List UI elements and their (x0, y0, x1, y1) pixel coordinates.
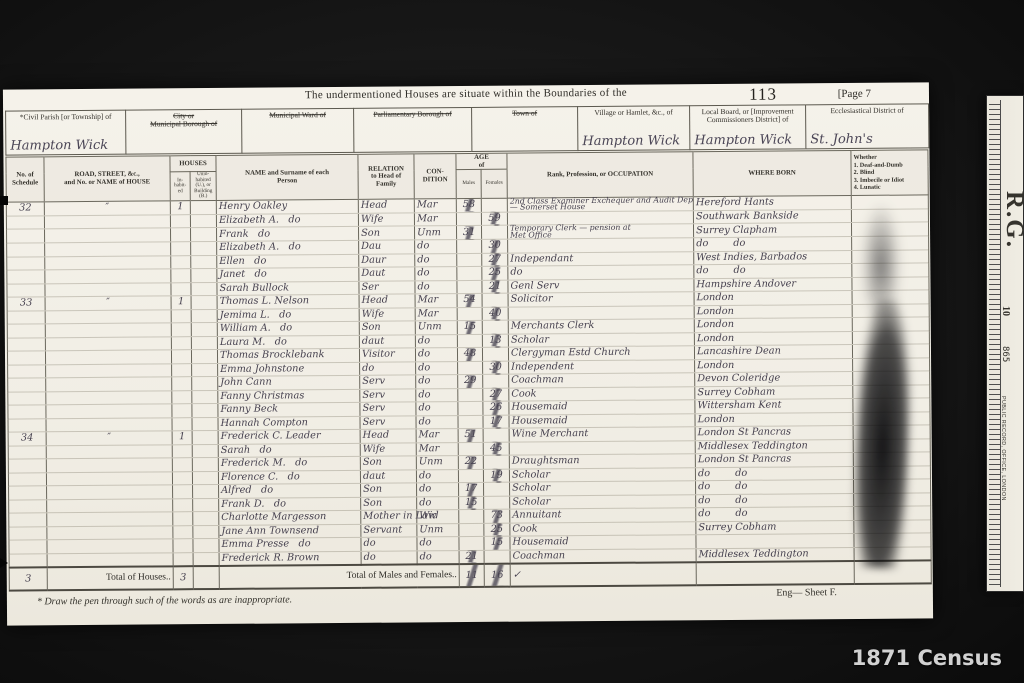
total-males-females-label: Total of Males and Females.. (219, 564, 459, 589)
where-born: Middlesex Teddington (696, 547, 854, 562)
road-name (46, 363, 172, 377)
road-name (47, 552, 173, 566)
page-heading: The undermentioned Houses are situate wi… (3, 84, 929, 103)
inhabited (172, 444, 192, 458)
where-born: London (695, 358, 853, 373)
col-header-houses: HOUSES (170, 155, 216, 171)
schedule-no (9, 513, 47, 527)
condition: Unm (415, 321, 457, 335)
inhabited (173, 539, 193, 553)
infirmity (852, 317, 929, 331)
schedule-no (9, 553, 47, 567)
road-name (46, 417, 172, 431)
col-header-occupation: Rank, Profession, or OCCUPATION (507, 152, 693, 198)
relation: Head (359, 294, 415, 308)
infirmity (851, 209, 928, 223)
district-box: Municipal Ward of (241, 108, 353, 154)
person-name: William A. do (217, 321, 359, 336)
person-name: Fanny Beck (218, 402, 360, 417)
condition: Unm (415, 226, 457, 240)
road-name (45, 282, 171, 296)
relation: Serv (360, 375, 416, 389)
relation: Son (359, 226, 415, 240)
uninhabited (192, 363, 218, 377)
schedule-no (8, 378, 46, 392)
relation: Serv (360, 402, 416, 416)
age-male (459, 523, 484, 537)
occupation: Scholar (509, 467, 695, 482)
col-header-schedule: No. of Schedule (6, 157, 44, 202)
scan-mark (0, 196, 8, 205)
inhabited (173, 512, 193, 526)
col-header-age-males: Males (456, 169, 481, 198)
where-born: do do (694, 237, 852, 252)
relation: Son (361, 483, 417, 497)
road-name (45, 255, 171, 269)
sheet-label: Eng— Sheet F. (776, 587, 837, 598)
age-female: 27 (483, 388, 509, 402)
inhabited: 1 (170, 201, 190, 215)
archive-stamp: PUBLIC RECORD, OFFICE, LONDON (1000, 396, 1006, 501)
uninhabited (192, 377, 218, 391)
age-female (482, 225, 508, 239)
person-name: Laura M. do (217, 335, 359, 350)
age-male (457, 307, 482, 321)
folio-number: 113 (749, 85, 777, 105)
district-label: Municipal Ward of (242, 109, 353, 120)
uninhabited (193, 539, 219, 553)
total-females: 16 (484, 563, 510, 586)
road-name (44, 215, 170, 229)
uninhabited (191, 323, 217, 337)
inhabited (171, 228, 191, 242)
condition: do (417, 537, 459, 551)
schedule-no (8, 391, 46, 405)
relation: Wife (358, 213, 414, 227)
age-female: 30 (483, 361, 509, 375)
schedule-no (7, 270, 45, 284)
check-mark: ✓ (510, 562, 696, 586)
archive-item: 865 (1000, 346, 1010, 362)
uninhabited (192, 444, 218, 458)
where-born (696, 534, 854, 549)
district-label: City or Municipal Borough of (126, 110, 241, 129)
condition: do (416, 375, 458, 389)
person-name: Frederick M. do (218, 456, 360, 471)
infirmity (852, 222, 929, 236)
schedule-no: 34 (8, 432, 46, 446)
person-name: Fanny Christmas (218, 389, 360, 404)
where-born: do do (695, 466, 853, 481)
district-box: Local Board, or [Improvement Commissione… (689, 104, 805, 150)
road-name: ″ (44, 201, 170, 216)
relation: do (360, 362, 416, 376)
inhabited (172, 458, 192, 472)
col-header-age-females: Females (481, 169, 507, 198)
schedule-no (8, 472, 46, 486)
where-born: London St Pancras (695, 426, 853, 441)
inhabited (173, 552, 193, 566)
age-female (482, 320, 508, 334)
age-female (482, 347, 508, 361)
age-female: 17 (483, 415, 509, 429)
uninhabited (192, 404, 218, 418)
schedule-no (7, 337, 45, 351)
occupation: Cook (510, 521, 696, 536)
condition: Mar (414, 199, 456, 213)
person-name: Emma Presse do (219, 537, 361, 552)
age-female: 27 (482, 253, 508, 267)
age-male (458, 469, 483, 483)
infirmity (853, 465, 930, 479)
road-name (45, 323, 171, 337)
where-born: Surrey Clapham (694, 223, 852, 238)
uninhabited (191, 242, 217, 256)
district-value: Hampton Wick (10, 138, 108, 154)
uninhabited (191, 309, 217, 323)
age-male (458, 401, 483, 415)
inhabited (172, 390, 192, 404)
age-female: 15 (484, 536, 510, 550)
empty-cell (193, 566, 219, 589)
infirmity (853, 398, 930, 412)
infirmity (853, 452, 930, 466)
age-male (459, 509, 484, 523)
where-born: London (695, 412, 853, 427)
district-label: Village or Hamlet, &c., of (578, 106, 689, 117)
col-header-condition: CON- DITION (414, 154, 456, 199)
uninhabited (193, 512, 219, 526)
person-name: Frank do (217, 227, 359, 242)
where-born: do do (696, 493, 854, 508)
age-male: 31 (457, 226, 482, 240)
condition: Unm (416, 456, 458, 470)
road-name (45, 228, 171, 243)
road-name (46, 458, 172, 472)
page-number: [Page 7 (838, 88, 871, 100)
where-born: London (694, 318, 852, 333)
person-name: Janet do (217, 267, 359, 282)
where-born: London (694, 331, 852, 346)
age-male: 54 (457, 293, 482, 307)
infirmity (854, 479, 931, 493)
road-name (47, 485, 173, 499)
age-male (458, 388, 483, 402)
occupation: Annuitant (510, 508, 696, 523)
schedule-no (7, 229, 45, 243)
district-box: Parliamentary Borough of (353, 107, 471, 153)
age-female (483, 374, 509, 388)
uninhabited (192, 390, 218, 404)
where-born: London (694, 304, 852, 319)
condition: do (415, 334, 457, 348)
census-rows: 32″1Henry OakleyHeadMar582nd Class Exami… (6, 195, 931, 567)
age-male (458, 415, 483, 429)
relation: daut (360, 470, 416, 484)
occupation (509, 440, 695, 455)
age-female: 21 (482, 280, 508, 294)
person-name: Elizabeth A. do (217, 240, 359, 255)
schedule-no (9, 540, 47, 554)
inhabited (171, 269, 191, 283)
schedule-no (8, 405, 46, 419)
person-name: Jemima L. do (217, 308, 359, 323)
road-name: ″ (45, 296, 171, 310)
age-female: 59 (481, 212, 507, 226)
condition: Unm (417, 523, 459, 537)
district-label: Ecclesiastical District of (806, 104, 928, 115)
relation: Dau (359, 240, 415, 254)
where-born: Hereford Hants (693, 195, 851, 210)
uninhabited (193, 552, 219, 566)
schedule-no: 32 (6, 202, 44, 216)
relation: do (361, 550, 417, 564)
occupation: Scholar (510, 494, 696, 509)
age-female (484, 496, 510, 510)
inhabited (173, 498, 193, 512)
archive-piece: 10 (1000, 306, 1011, 316)
relation: Son (359, 321, 415, 335)
relation: Son (360, 456, 416, 470)
uninhabited (191, 228, 217, 242)
footnote: * Draw the pen through such of the words… (37, 594, 292, 607)
age-male (457, 280, 482, 294)
age-female (483, 455, 509, 469)
relation: Head (358, 199, 414, 213)
condition: Mar (414, 212, 456, 226)
person-name: Elizabeth A. do (216, 213, 358, 228)
age-female (482, 293, 508, 307)
occupation: Housemaid (509, 400, 695, 415)
inhabited (171, 323, 191, 337)
uninhabited (191, 269, 217, 283)
infirmity (852, 303, 929, 317)
infirmity (852, 236, 929, 250)
person-name: John Cann (218, 375, 360, 390)
district-label: Town of (472, 107, 577, 118)
infirmity (854, 519, 931, 533)
condition: Mar (415, 307, 457, 321)
uninhabited (192, 431, 218, 445)
uninhabited (192, 458, 218, 472)
condition: do (415, 253, 457, 267)
condition: do (417, 483, 459, 497)
col-header-relation: RELATION to Head of Family (358, 154, 414, 199)
person-name: Sarah Bullock (217, 281, 359, 296)
age-female (484, 482, 510, 496)
where-born: Middlesex Teddington (695, 439, 853, 454)
age-female: 25 (482, 266, 508, 280)
age-female: 13 (482, 334, 508, 348)
district-value: Hampton Wick (582, 133, 680, 149)
where-born: Surrey Cobham (695, 385, 853, 400)
inhabited: 1 (171, 296, 191, 310)
condition: do (415, 267, 457, 281)
schedule-no (7, 256, 45, 270)
occupation: Clergyman Estd Church (508, 346, 694, 361)
road-name (45, 336, 171, 350)
occupation: Draughtsman (509, 454, 695, 469)
infirmity (852, 263, 929, 277)
relation: do (361, 537, 417, 551)
inhabited (171, 350, 191, 364)
road-name (47, 512, 173, 526)
age-male (458, 361, 483, 375)
relation: Ser (359, 281, 415, 295)
schedule-no (8, 418, 46, 432)
age-male: 21 (459, 550, 484, 564)
archive-ref: R.G. (1000, 191, 1024, 249)
infirmity (852, 249, 929, 263)
road-name (47, 525, 173, 539)
condition: do (415, 348, 457, 362)
inhabited (172, 377, 192, 391)
archive-strip: R.G. 10 865 PUBLIC RECORD, OFFICE, LONDO… (986, 95, 1024, 592)
where-born: do do (696, 507, 854, 522)
infirmity (852, 344, 929, 358)
infirmity (854, 506, 931, 520)
where-born: Wittersham Kent (695, 399, 853, 414)
occupation: 2nd Class Examiner Exchequer and Audit D… (507, 197, 693, 212)
condition: do (417, 550, 459, 564)
col-header-infirmity: Whether 1. Deaf-and-Dumb 2. Blind 3. Imb… (851, 150, 928, 196)
inhabited (171, 336, 191, 350)
infirmity (852, 276, 929, 290)
relation: Serv (360, 416, 416, 430)
infirmity (852, 330, 929, 344)
road-name (46, 390, 172, 404)
condition: Mar (416, 442, 458, 456)
occupation: Coachman (510, 548, 696, 563)
condition: do (416, 388, 458, 402)
schedule-no (9, 499, 47, 513)
age-male (458, 442, 483, 456)
infirmity (854, 533, 931, 547)
condition: do (415, 280, 457, 294)
age-male: 15 (459, 496, 484, 510)
inhabited (170, 214, 190, 228)
age-female: 45 (483, 442, 509, 456)
caption-1871-census: 1871 Census (852, 646, 1002, 670)
age-male (457, 253, 482, 267)
inhabited (172, 417, 192, 431)
relation: daut (359, 335, 415, 349)
uninhabited (191, 282, 217, 296)
condition: Wid (417, 510, 459, 524)
total-schedules: 3 (9, 567, 47, 590)
person-name: Emma Johnstone (218, 362, 360, 377)
schedule-no (8, 364, 46, 378)
road-name (45, 269, 171, 283)
infirmity (853, 371, 930, 385)
occupation: Cook (509, 386, 695, 401)
relation: Servant (361, 524, 417, 538)
road-name (45, 309, 171, 323)
inhabited (172, 404, 192, 418)
age-female: 25 (484, 523, 510, 537)
person-name: Henry Oakley (216, 199, 358, 214)
district-box: City or Municipal Borough of (125, 109, 241, 155)
district-row: *Civil Parish [or Township] ofHampton Wi… (5, 103, 927, 155)
person-name: Hannah Compton (218, 416, 360, 431)
condition: do (416, 415, 458, 429)
where-born: Southwark Bankside (693, 209, 851, 224)
district-box: Village or Hamlet, &c., ofHampton Wick (577, 105, 689, 151)
schedule-no: 33 (7, 297, 45, 311)
age-female (483, 428, 509, 442)
inhabited (172, 363, 192, 377)
schedule-no (7, 310, 45, 324)
schedule-no (6, 216, 44, 230)
road-name (45, 242, 171, 256)
occupation: Independent (509, 359, 695, 374)
road-name (45, 350, 171, 364)
person-name: Alfred do (219, 483, 361, 498)
col-header-age: AGE of (456, 153, 507, 169)
relation: Visitor (359, 348, 415, 362)
age-male: 22 (458, 455, 483, 469)
infirmity (853, 411, 930, 425)
road-name: ″ (46, 431, 172, 445)
age-male (457, 239, 482, 253)
age-male: 29 (458, 374, 483, 388)
person-name: Thomas Brocklebank (217, 348, 359, 363)
census-table: No. of Schedule ROAD, STREET, &c., and N… (5, 149, 931, 591)
where-born: Surrey Cobham (696, 520, 854, 535)
empty-cell (854, 560, 931, 584)
schedule-no (9, 486, 47, 500)
occupation: Coachman (509, 373, 695, 388)
inhabited (172, 471, 192, 485)
where-born: West Indies, Barbados (694, 250, 852, 265)
age-male (459, 536, 484, 550)
schedule-no (8, 459, 46, 473)
where-born: Devon Coleridge (695, 372, 853, 387)
schedule-no (7, 351, 45, 365)
relation: Serv (360, 389, 416, 403)
age-female: 30 (482, 239, 508, 253)
age-female: 40 (482, 307, 508, 321)
district-value: Hampton Wick (694, 132, 792, 148)
condition: Mar (416, 429, 458, 443)
relation: Wife (360, 443, 416, 457)
uninhabited (193, 498, 219, 512)
schedule-no (9, 526, 47, 540)
district-label: *Civil Parish [or Township] of (6, 111, 125, 122)
district-label: Local Board, or [Improvement Commissione… (690, 105, 805, 124)
relation: Wife (359, 308, 415, 322)
infirmity (853, 384, 930, 398)
age-male (457, 334, 482, 348)
road-name (47, 498, 173, 512)
road-name (46, 404, 172, 418)
condition: do (415, 240, 457, 254)
person-name: Frederick R. Brown (219, 551, 361, 566)
age-female (484, 550, 510, 564)
age-male: 48 (457, 347, 482, 361)
age-female (481, 198, 507, 212)
schedule-no (7, 324, 45, 338)
census-sheet: The undermentioned Houses are situate wi… (3, 82, 933, 625)
uninhabited (190, 214, 216, 228)
occupation: Temporary Clerk — pension at Met Office (508, 224, 694, 239)
uninhabited (192, 417, 218, 431)
total-males: 11 (459, 563, 484, 586)
person-name: Charlotte Margesson (219, 510, 361, 525)
district-box: *Civil Parish [or Township] ofHampton Wi… (5, 110, 125, 156)
schedule-no (7, 283, 45, 297)
uninhabited (193, 485, 219, 499)
